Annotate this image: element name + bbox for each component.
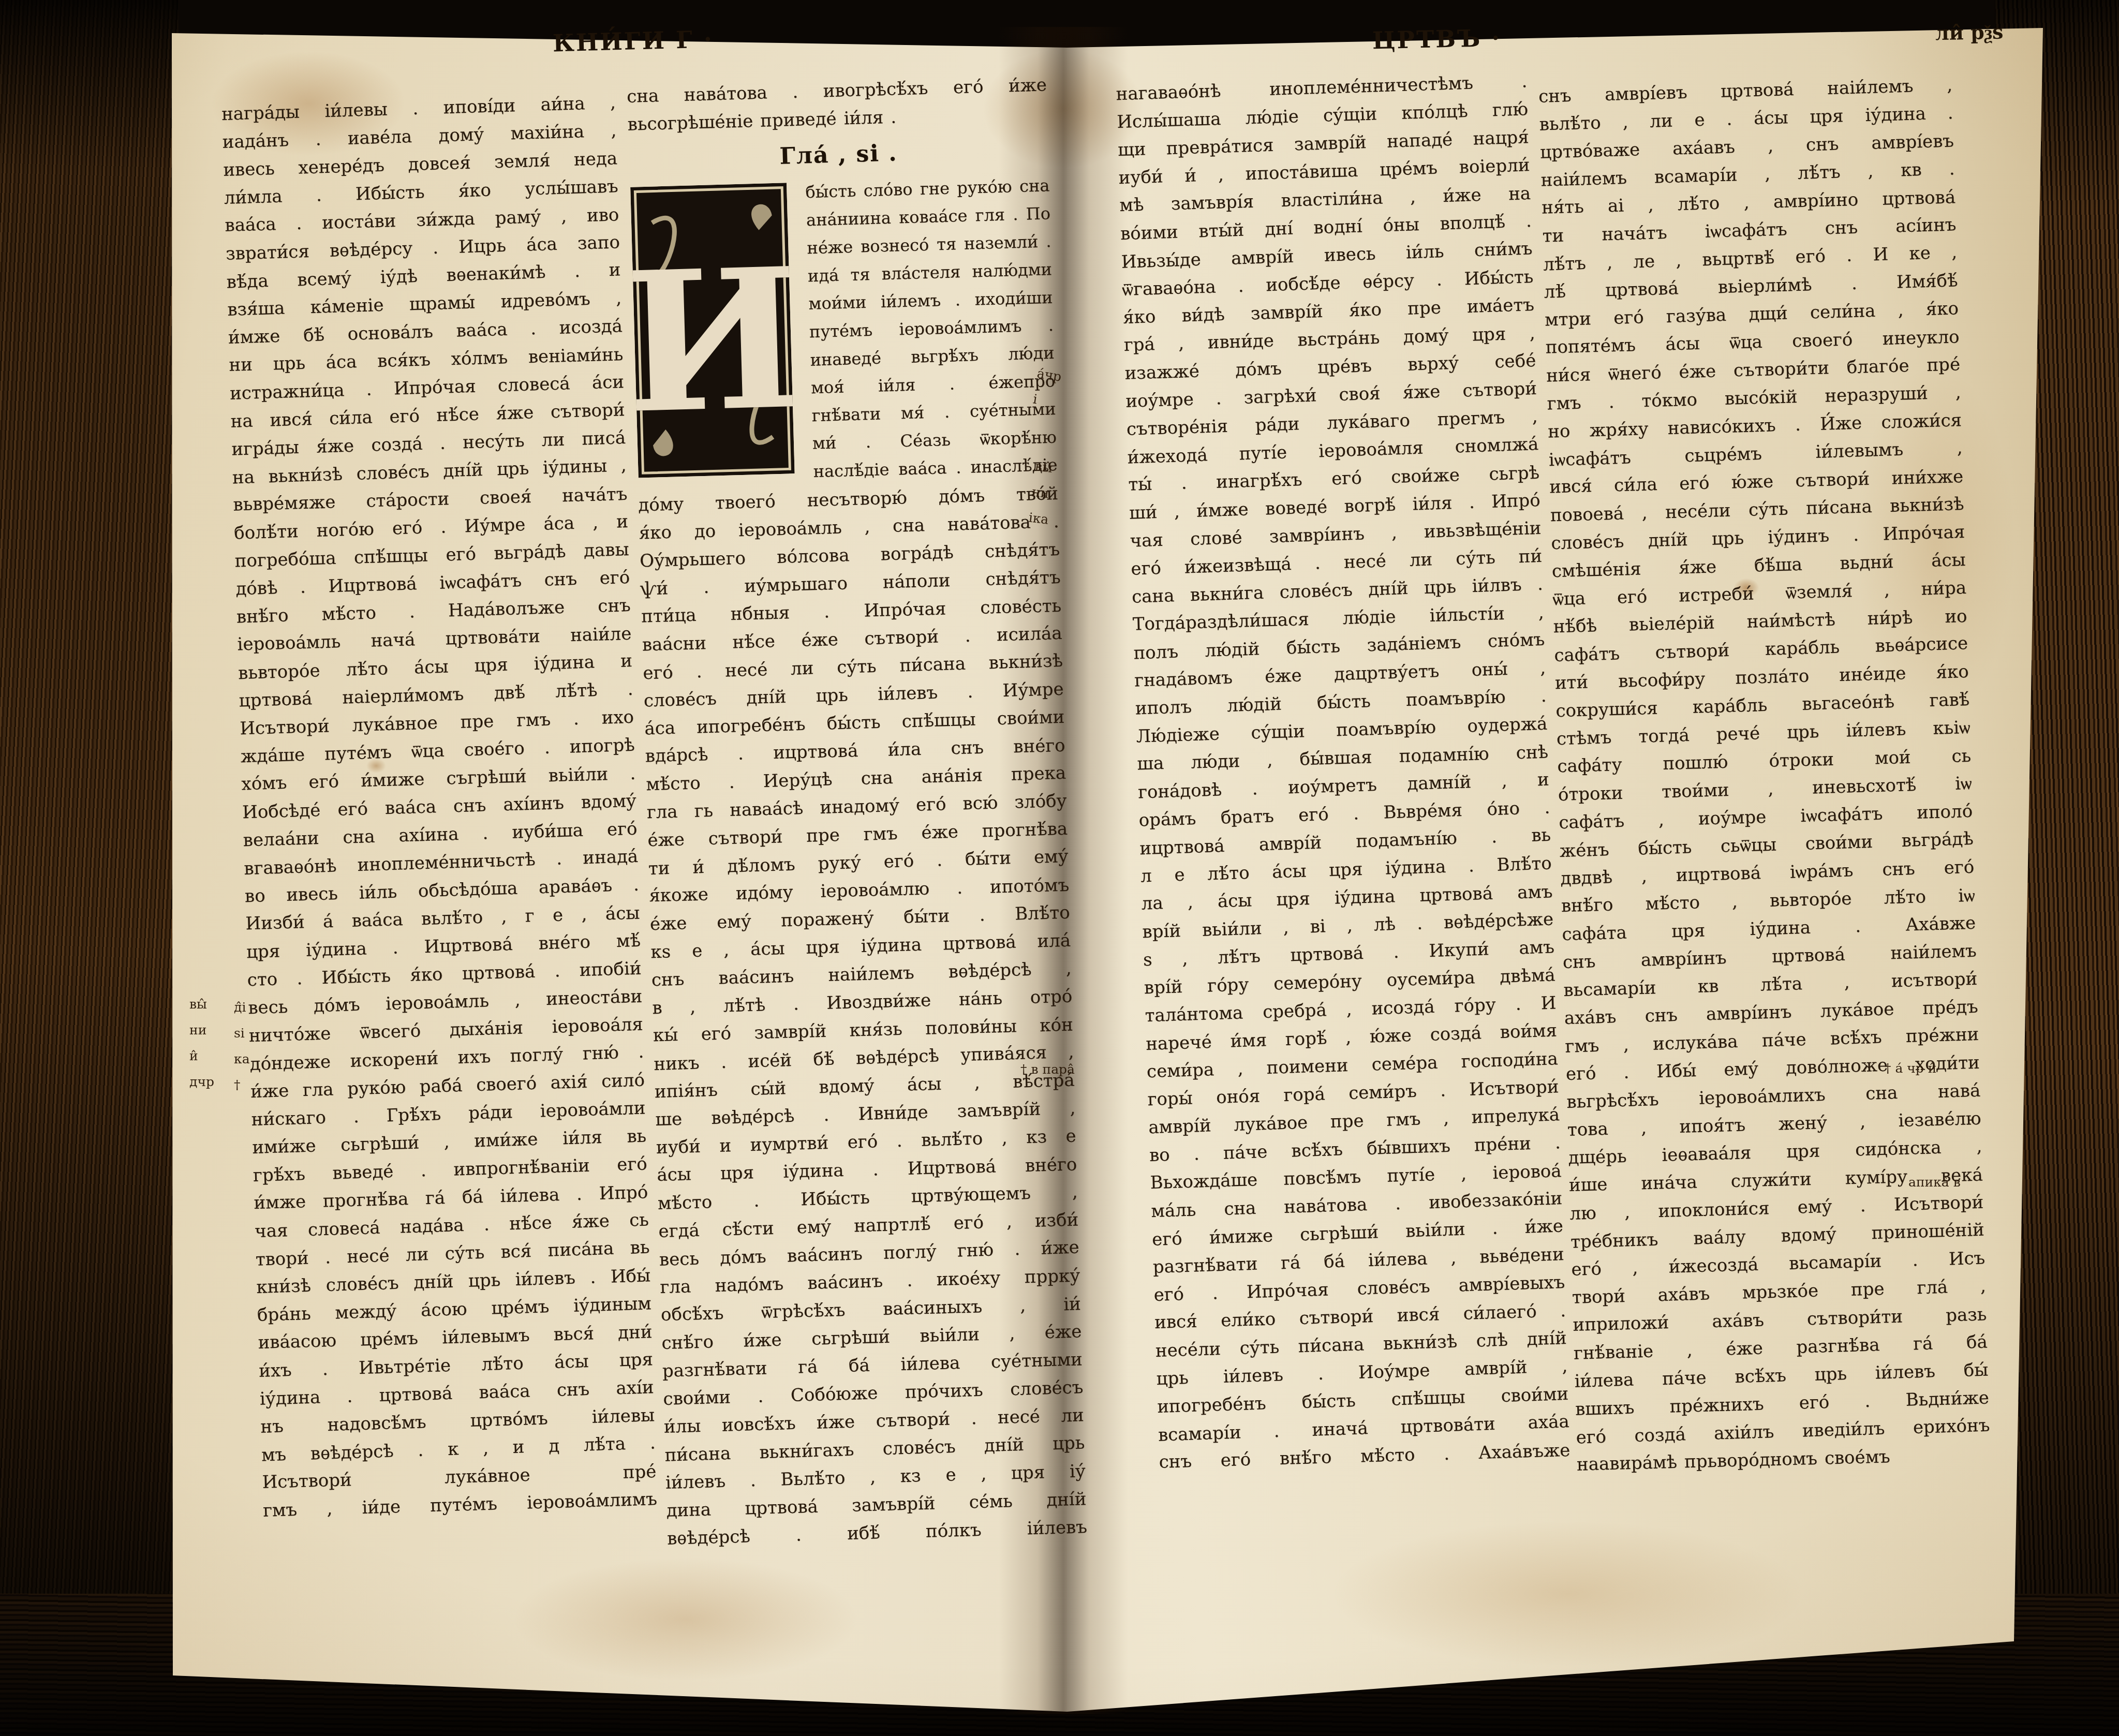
- right-page-column-2: снъамврі́евъцртвова́наіи́лемъ,вьлѣ́то,ли…: [1538, 71, 1991, 1479]
- text-line: ѕі: [234, 1020, 250, 1046]
- text-line: а́чр: [1035, 361, 1063, 390]
- marginal-note-left-outer-refs: д̂іѕіка†: [234, 995, 250, 1098]
- text-line: іка: [1027, 505, 1050, 532]
- marginal-note-left-outer: вы̂нии̂дчр: [189, 991, 214, 1095]
- text-line: вы̂: [1033, 453, 1056, 481]
- running-head-left: КНИ́ГИ Г ·: [552, 25, 729, 57]
- folio-number: ли̂ рѯѕ: [1935, 20, 2004, 46]
- text-line: вы̂: [189, 991, 214, 1017]
- book-page-stack-left-edge: [0, 0, 179, 1736]
- initial-zone: И бы́стьсло́вогнеруко́юснаана́ниинаковаа…: [629, 171, 1058, 491]
- text-line: †: [234, 1072, 250, 1098]
- chapter16-lines: до́мутвоего́несътворю́до́мътво́йя́кодоіе…: [638, 480, 1088, 1553]
- marginal-note-right-middle: † а́ чр и̂: [1885, 1056, 1936, 1081]
- text-line: ни: [1030, 479, 1053, 507]
- text-line: д̂і: [234, 995, 250, 1020]
- initial-letter: И: [630, 226, 795, 457]
- indented-lines-beside-initial: бы́стьсло́вогнеруко́юснаана́ниинаковаа́с…: [805, 171, 1058, 485]
- woodcut-initial-block: И: [630, 183, 795, 478]
- right-page-column-1: нагаваѳо́нѣиноплеме́нничестѣмъ.Ислы́шаша…: [1116, 67, 1570, 1477]
- text-line: дчр: [189, 1069, 214, 1095]
- text-line: и̂: [189, 1043, 214, 1069]
- marginal-note-right-low: апика̂ в: [1908, 1169, 1961, 1195]
- left-page-column-2: снанава́това.ивогрѣсѣ́хъего́и́жевьсогрѣш…: [626, 71, 1087, 1553]
- left-page-column-1: награ́дыіи́левы.ипові́диаи́на,иада́нъ.иа…: [221, 88, 657, 1524]
- marginal-note-gutter-low: † в пара̂: [1020, 1057, 1075, 1082]
- text-line: і: [1031, 386, 1059, 416]
- photo-of-open-book: КНИ́ГИ Г · ЦРТВЪ · ли̂ рѯѕ награ́дыіи́ле…: [0, 0, 2119, 1736]
- running-head-right: ЦРТВЪ ·: [1372, 23, 1528, 54]
- text-line: ни: [189, 1017, 214, 1043]
- text-line: ка: [234, 1046, 250, 1072]
